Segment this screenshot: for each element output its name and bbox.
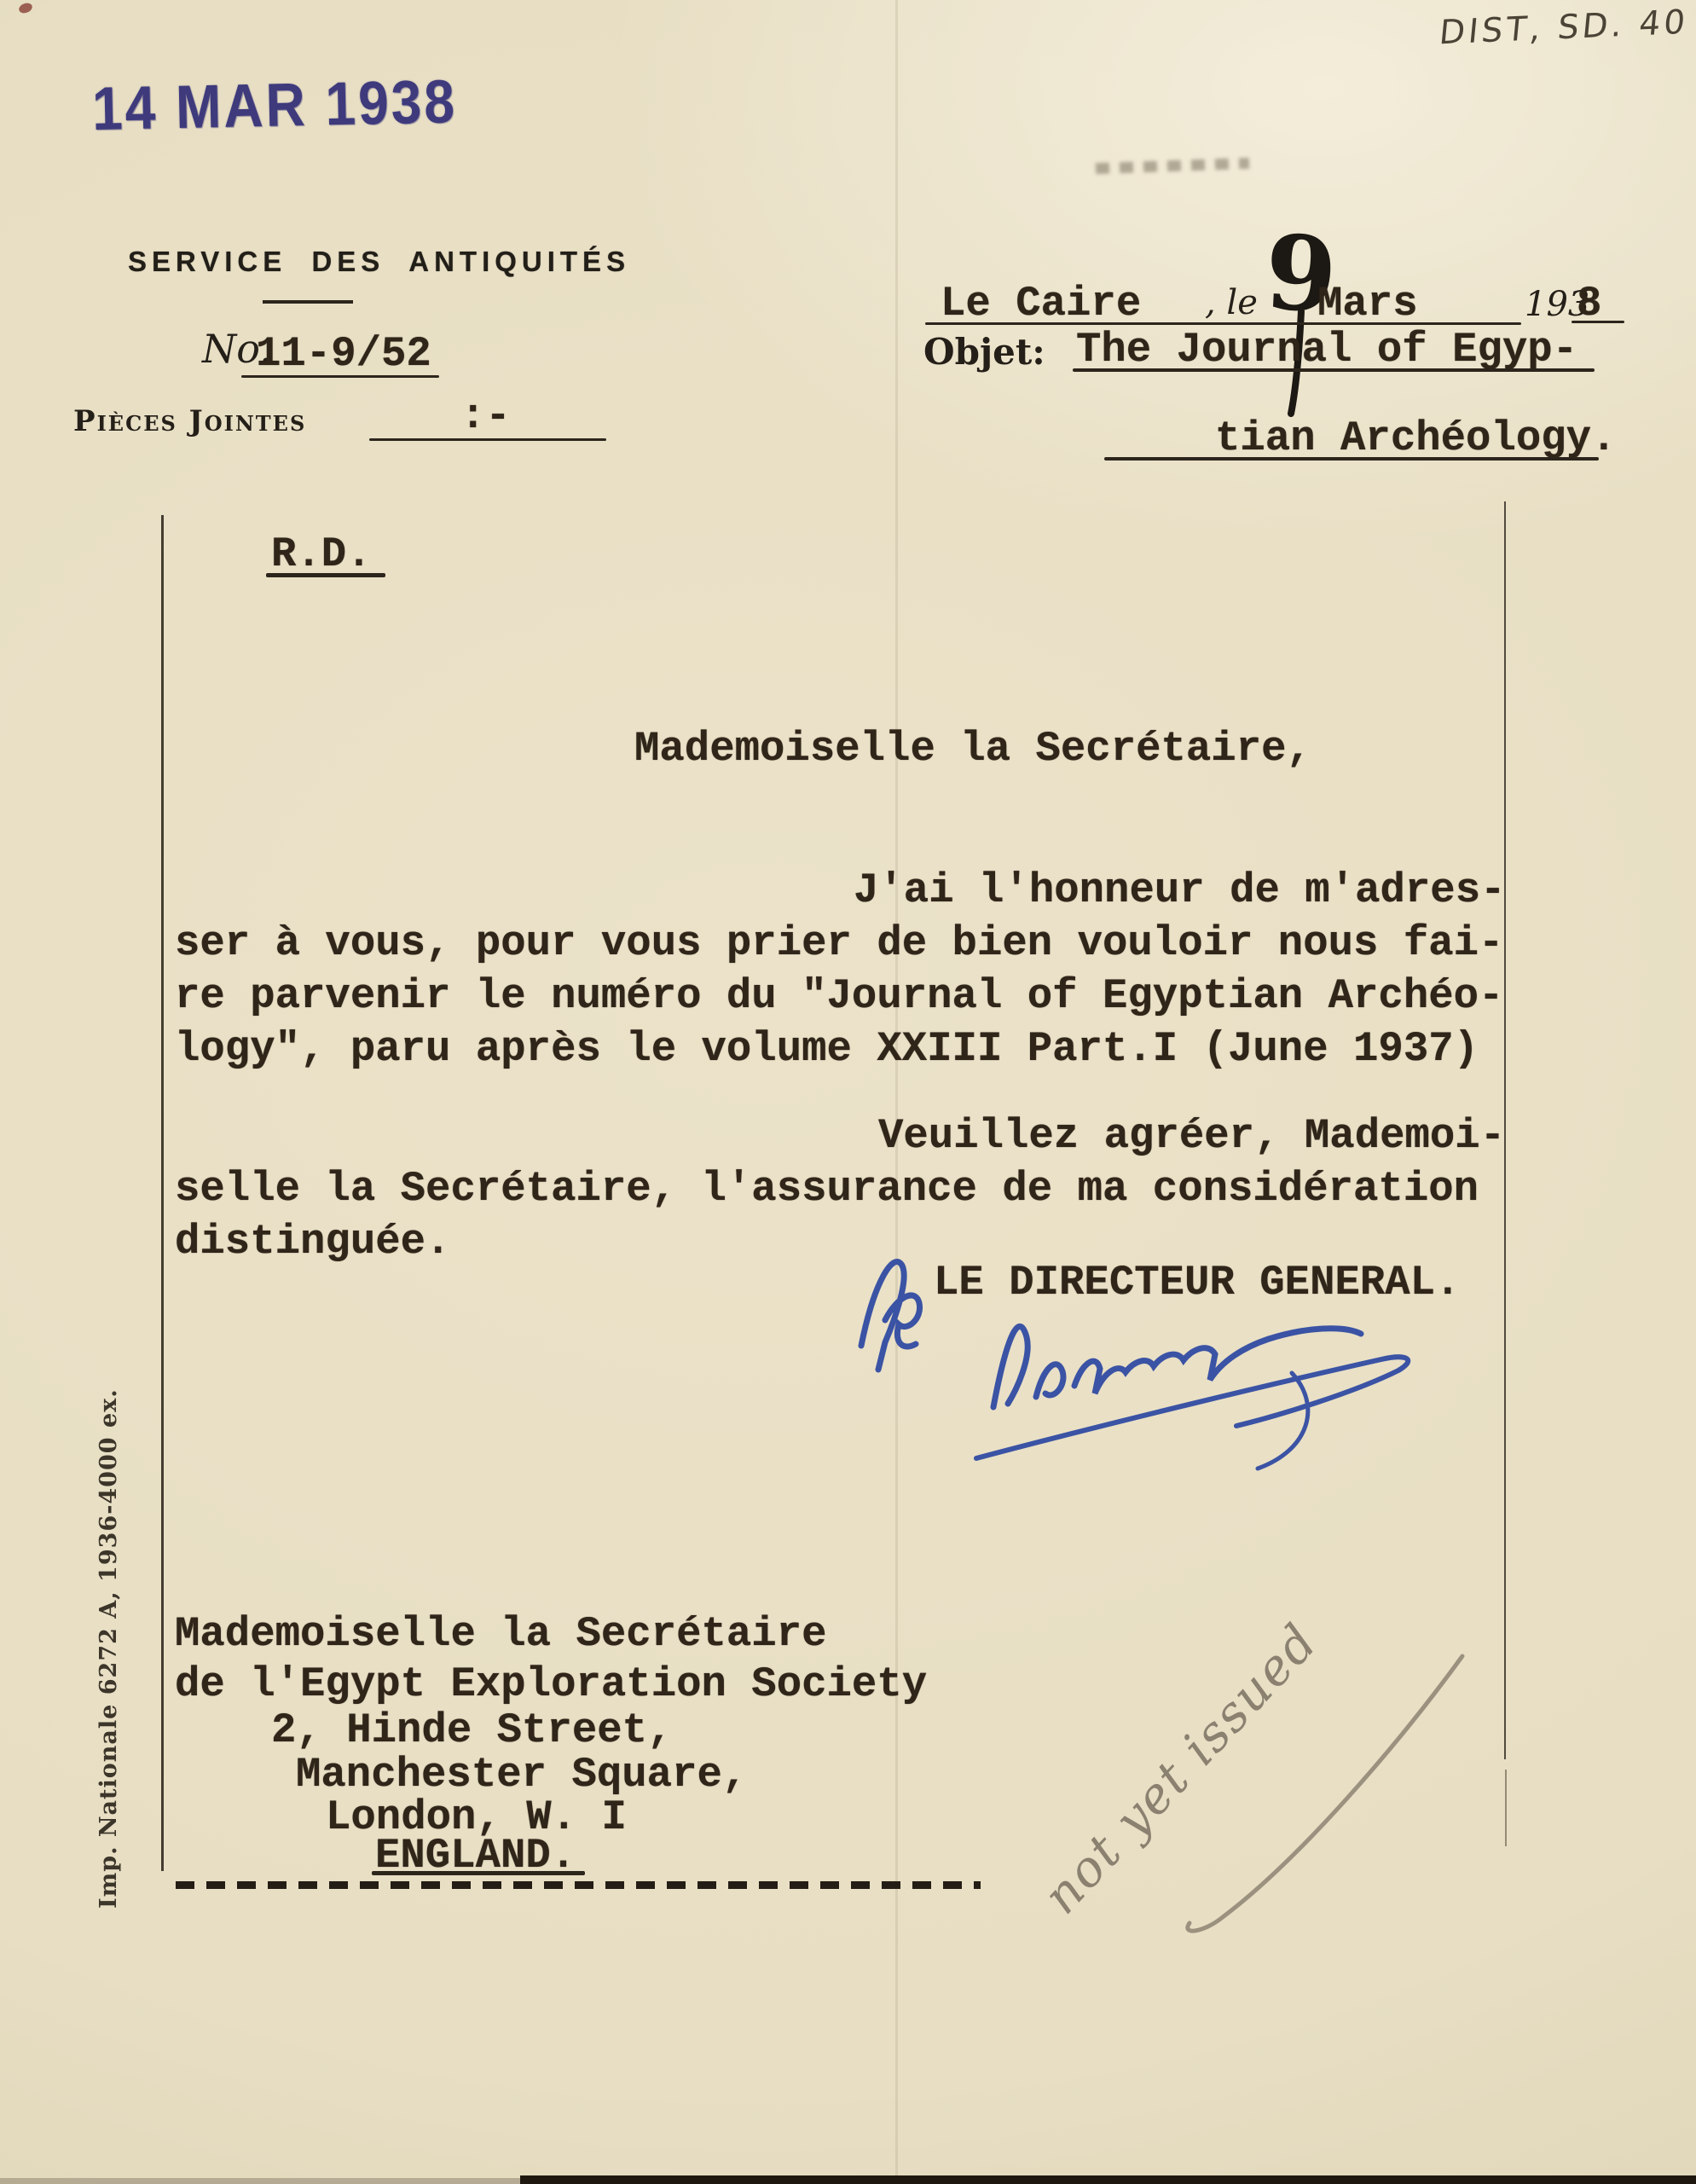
subject-underline-1 (1073, 368, 1595, 372)
recipient-divider (176, 1881, 981, 1889)
dateline-underline-3 (1572, 321, 1624, 323)
body-line: selle la Secrétaire, l'assurance de ma c… (175, 1163, 1479, 1215)
dateline-le: , le (1205, 283, 1258, 322)
subject-underline-2 (1104, 457, 1599, 461)
no-underline (241, 375, 439, 378)
reference-underline (266, 573, 385, 577)
fold-crease (895, 0, 898, 2184)
salutation: Mademoiselle la Secrétaire, (634, 723, 1311, 775)
england-underline (372, 1871, 585, 1875)
signature-per-icon (836, 1235, 946, 1380)
pieces-jointes-value: :- (460, 391, 511, 443)
recipient-line: Mademoiselle la Secrétaire (175, 1608, 827, 1660)
letter-scan: DIST, SD. 40 14 MAR 1938 SERVICE DES ANT… (0, 0, 1696, 2184)
no-value: 11-9/52 (256, 328, 431, 380)
archival-note: DIST, SD. 40 (1438, 3, 1690, 53)
signature-scribble-icon (955, 1288, 1492, 1492)
body-line: logy", paru après le volume XXIII Part.I… (175, 1023, 1479, 1075)
subject-label: Objet: (923, 331, 1045, 373)
body-line: ser à vous, pour vous prier de bien voul… (175, 918, 1503, 970)
body-line: J'ai l'honneur de m'adres- (854, 865, 1506, 917)
recipient-line: de l'Egypt Exploration Society (175, 1659, 927, 1711)
service-title: SERVICE DES ANTIQUITÉS (128, 246, 630, 278)
body-line: re parvenir le numéro du "Journal of Egy… (175, 970, 1503, 1022)
body-line: Veuillez agréer, Mademoi- (878, 1110, 1505, 1162)
pencil-underline-icon (1177, 1646, 1475, 1944)
pieces-underline (369, 438, 606, 441)
printer-imprint: Imp. Nationale 6272 A, 1936-4000 ex. (96, 1388, 122, 1909)
ink-smudge (1096, 158, 1249, 174)
body-line: distinguée. (175, 1216, 450, 1268)
pieces-jointes-label: Pièces Jointes (73, 404, 306, 438)
left-margin-rule (161, 515, 164, 1871)
bottom-edge-dark (520, 2175, 1696, 2184)
right-margin-rule-lower (1505, 1770, 1507, 1846)
received-stamp: 14 MAR 1938 (91, 66, 458, 144)
service-rule (263, 300, 353, 304)
corner-speck (18, 2, 34, 15)
